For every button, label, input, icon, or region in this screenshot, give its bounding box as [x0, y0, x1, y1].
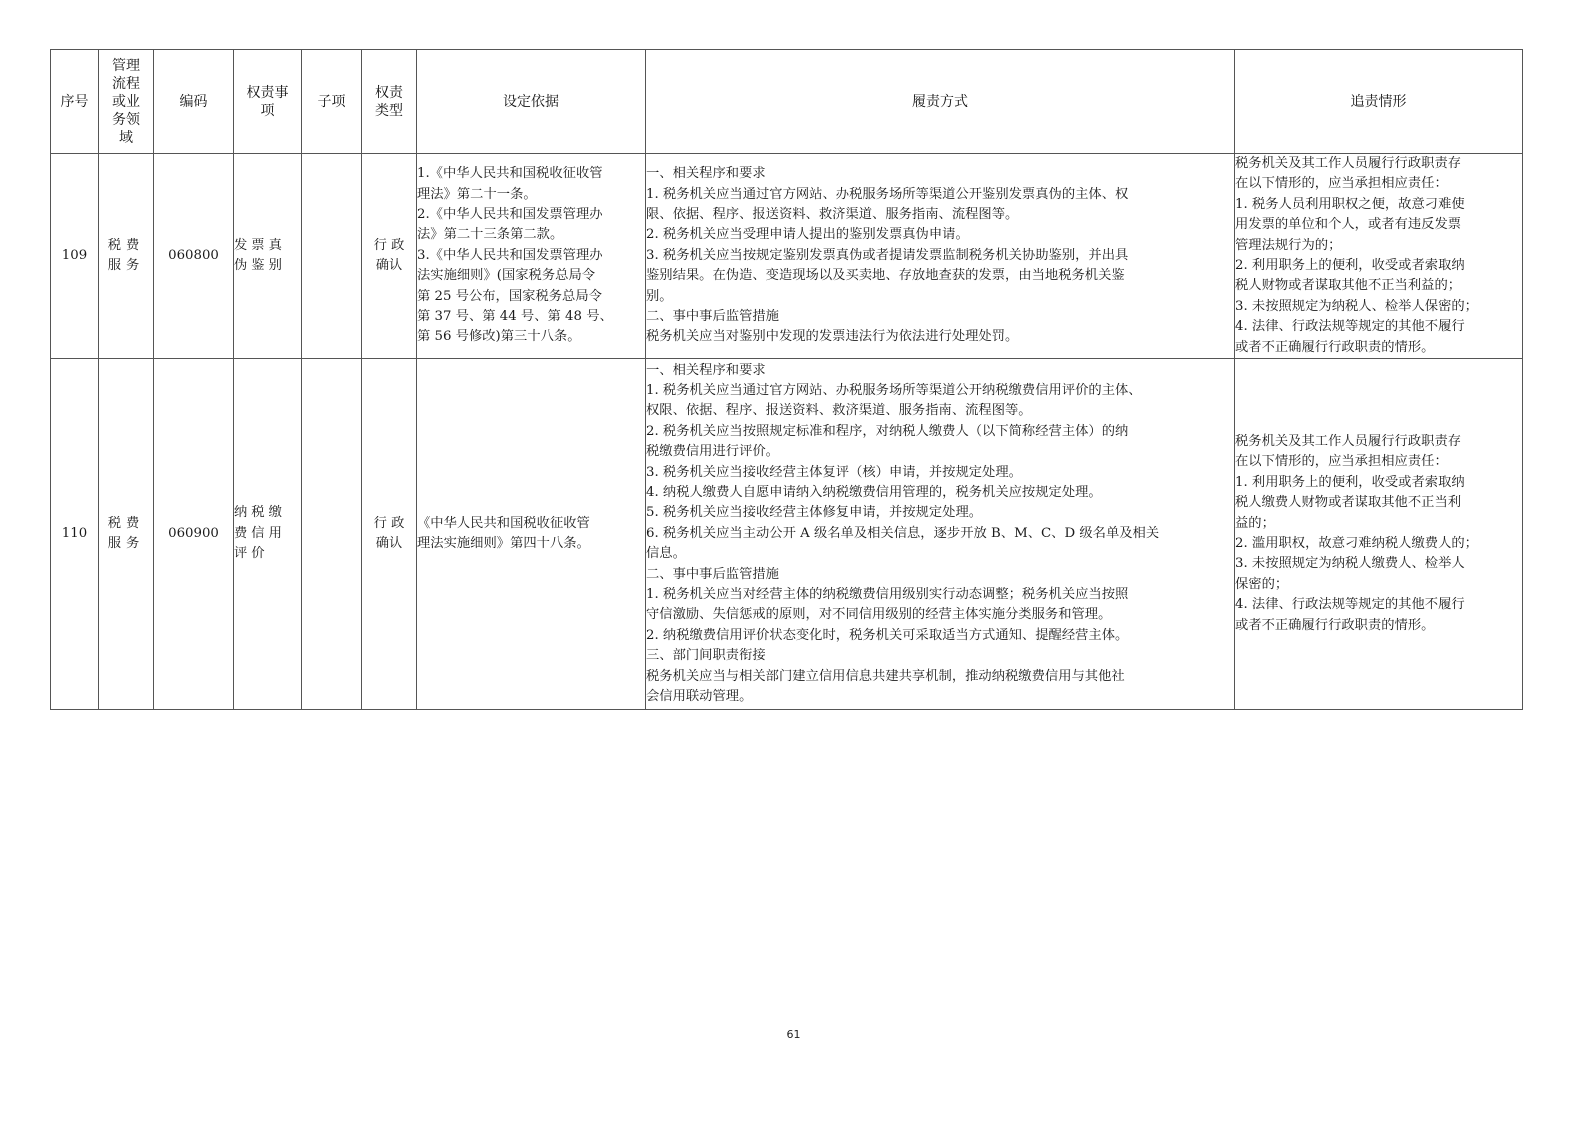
accountability-line: 税务机关及其工作人员履行行政职责存 — [1235, 154, 1522, 174]
duty-line: 会信用联动管理。 — [646, 687, 1234, 707]
cell-domain: 税费 服务 — [99, 359, 154, 710]
accountability-line: 用发票的单位和个人，或者有违反发票 — [1235, 215, 1522, 235]
accountability-line: 益的； — [1235, 514, 1522, 534]
cell-item-line: 伪鉴别 — [234, 256, 301, 276]
header-item-line: 权责事 — [234, 84, 301, 102]
duty-line: 二、事中事后监管措施 — [646, 307, 1234, 327]
duty-line: 2. 税务机关应当受理申请人提出的鉴别发票真伪申请。 — [646, 225, 1234, 245]
accountability-line: 1. 利用职务上的便利，收受或者索取纳 — [1235, 473, 1522, 493]
duty-line: 税务机关应当对鉴别中发现的发票违法行为依法进行处理处罚。 — [646, 327, 1234, 347]
basis-line: 1.《中华人民共和国税收征收管 — [417, 164, 645, 184]
cell-domain-line: 服务 — [99, 534, 153, 554]
basis-line: 第 56 号修改)第三十八条。 — [417, 327, 645, 347]
cell-duty: 一、相关程序和要求 1. 税务机关应当通过官方网站、办税服务场所等渠道公开纳税缴… — [646, 359, 1235, 710]
table-row: 109 税费 服务 060800 发票真 伪鉴别 行 政 确认 1.《中华人民共… — [51, 154, 1523, 359]
cell-item-line: 纳税缴 — [234, 503, 301, 523]
cell-type-line: 行 政 — [362, 514, 416, 534]
header-basis: 设定依据 — [417, 50, 646, 154]
header-sub: 子项 — [302, 50, 362, 154]
cell-type: 行 政 确认 — [362, 359, 417, 710]
accountability-line: 4. 法律、行政法规等规定的其他不履行 — [1235, 317, 1522, 337]
cell-domain: 税费 服务 — [99, 154, 154, 359]
cell-item: 发票真 伪鉴别 — [234, 154, 302, 359]
accountability-line: 3. 未按照规定为纳税人缴费人、检举人 — [1235, 554, 1522, 574]
duty-line: 3. 税务机关应当接收经营主体复评（核）申请，并按规定处理。 — [646, 463, 1234, 483]
accountability-line: 税人缴费人财物或者谋取其他不正当利 — [1235, 493, 1522, 513]
header-domain: 管理 流程 或业 务领 域 — [99, 50, 154, 154]
accountability-line: 3. 未按照规定为纳税人、检举人保密的； — [1235, 297, 1522, 317]
table-header-row: 序号 管理 流程 或业 务领 域 编码 权责事 项 子项 权责 类型 设定依据 … — [51, 50, 1523, 154]
accountability-line: 税人财物或者谋取其他不正当利益的； — [1235, 276, 1522, 296]
cell-seq: 110 — [51, 359, 99, 710]
duty-line: 一、相关程序和要求 — [646, 361, 1234, 381]
cell-accountability: 税务机关及其工作人员履行行政职责存 在以下情形的，应当承担相应责任： 1. 利用… — [1235, 359, 1523, 710]
duty-line: 一、相关程序和要求 — [646, 164, 1234, 184]
accountability-line: 或者不正确履行行政职责的情形。 — [1235, 338, 1522, 358]
duty-line: 税缴费信用进行评价。 — [646, 442, 1234, 462]
header-type-line: 权责 — [362, 84, 416, 102]
cell-seq: 109 — [51, 154, 99, 359]
basis-line: 法》第二十三条第二款。 — [417, 225, 645, 245]
accountability-line: 在以下情形的，应当承担相应责任： — [1235, 174, 1522, 194]
cell-accountability: 税务机关及其工作人员履行行政职责存 在以下情形的，应当承担相应责任： 1. 税务… — [1235, 154, 1523, 359]
duty-line: 别。 — [646, 287, 1234, 307]
duty-line: 2. 税务机关应当按照规定标准和程序，对纳税人缴费人（以下简称经营主体）的纳 — [646, 422, 1234, 442]
cell-duty: 一、相关程序和要求 1. 税务机关应当通过官方网站、办税服务场所等渠道公开鉴别发… — [646, 154, 1235, 359]
cell-sub — [302, 359, 362, 710]
header-domain-line: 域 — [99, 129, 153, 147]
accountability-line: 2. 滥用职权，故意刁难纳税人缴费人的； — [1235, 534, 1522, 554]
header-domain-line: 管理 — [99, 57, 153, 75]
header-item: 权责事 项 — [234, 50, 302, 154]
basis-line: 第 25 号公布，国家税务总局令 — [417, 287, 645, 307]
duty-line: 税务机关应当与相关部门建立信用信息共建共享机制，推动纳税缴费信用与其他社 — [646, 667, 1234, 687]
accountability-line: 税务机关及其工作人员履行行政职责存 — [1235, 432, 1522, 452]
cell-item-line: 费信用 — [234, 524, 301, 544]
basis-line: 法实施细则》(国家税务总局令 — [417, 266, 645, 286]
header-seq: 序号 — [51, 50, 99, 154]
duty-line: 守信激励、失信惩戒的原则，对不同信用级别的经营主体实施分类服务和管理。 — [646, 605, 1234, 625]
header-type: 权责 类型 — [362, 50, 417, 154]
basis-line: 理法》第二十一条。 — [417, 185, 645, 205]
accountability-line: 管理法规行为的； — [1235, 236, 1522, 256]
header-domain-line: 流程 — [99, 75, 153, 93]
cell-basis: 《中华人民共和国税收征收管 理法实施细则》第四十八条。 — [417, 359, 646, 710]
header-item-line: 项 — [234, 102, 301, 120]
header-accountability: 追责情形 — [1235, 50, 1523, 154]
cell-type-line: 确认 — [362, 256, 416, 276]
cell-domain-line: 税费 — [99, 514, 153, 534]
cell-domain-line: 服务 — [99, 256, 153, 276]
basis-line: 第 37 号、第 44 号、第 48 号、 — [417, 307, 645, 327]
cell-item-line: 发票真 — [234, 236, 301, 256]
cell-code: 060900 — [154, 359, 234, 710]
accountability-line: 保密的； — [1235, 575, 1522, 595]
cell-item-line: 评价 — [234, 544, 301, 564]
duty-line: 二、事中事后监管措施 — [646, 565, 1234, 585]
accountability-line: 在以下情形的，应当承担相应责任： — [1235, 452, 1522, 472]
duty-line: 1. 税务机关应当通过官方网站、办税服务场所等渠道公开鉴别发票真伪的主体、权 — [646, 185, 1234, 205]
header-domain-line: 务领 — [99, 111, 153, 129]
responsibility-table: 序号 管理 流程 或业 务领 域 编码 权责事 项 子项 权责 类型 设定依据 … — [50, 49, 1523, 710]
accountability-line: 2. 利用职务上的便利，收受或者索取纳 — [1235, 256, 1522, 276]
table-row: 110 税费 服务 060900 纳税缴 费信用 评价 行 政 确认 《中华人民… — [51, 359, 1523, 710]
duty-line: 1. 税务机关应当通过官方网站、办税服务场所等渠道公开纳税缴费信用评价的主体、 — [646, 381, 1234, 401]
cell-type: 行 政 确认 — [362, 154, 417, 359]
duty-line: 三、部门间职责衔接 — [646, 646, 1234, 666]
cell-type-line: 行 政 — [362, 236, 416, 256]
page-number: 61 — [0, 1028, 1587, 1041]
duty-line: 4. 纳税人缴费人自愿申请纳入纳税缴费信用管理的，税务机关应按规定处理。 — [646, 483, 1234, 503]
duty-line: 5. 税务机关应当接收经营主体修复申请，并按规定处理。 — [646, 503, 1234, 523]
header-code: 编码 — [154, 50, 234, 154]
cell-code: 060800 — [154, 154, 234, 359]
accountability-line: 1. 税务人员利用职权之便，故意刁难使 — [1235, 195, 1522, 215]
duty-line: 1. 税务机关应当对经营主体的纳税缴费信用级别实行动态调整；税务机关应当按照 — [646, 585, 1234, 605]
duty-line: 权限、依据、程序、报送资料、救济渠道、服务指南、流程图等。 — [646, 401, 1234, 421]
cell-sub — [302, 154, 362, 359]
basis-line: 《中华人民共和国税收征收管 — [417, 514, 645, 534]
accountability-line: 或者不正确履行行政职责的情形。 — [1235, 616, 1522, 636]
cell-type-line: 确认 — [362, 534, 416, 554]
basis-line: 理法实施细则》第四十八条。 — [417, 534, 645, 554]
duty-line: 信息。 — [646, 544, 1234, 564]
duty-line: 鉴别结果。在伪造、变造现场以及买卖地、存放地查获的发票，由当地税务机关鉴 — [646, 266, 1234, 286]
duty-line: 6. 税务机关应当主动公开 A 级名单及相关信息，逐步开放 B、M、C、D 级名… — [646, 524, 1234, 544]
cell-item: 纳税缴 费信用 评价 — [234, 359, 302, 710]
header-type-line: 类型 — [362, 102, 416, 120]
basis-line: 2.《中华人民共和国发票管理办 — [417, 205, 645, 225]
header-domain-line: 或业 — [99, 93, 153, 111]
duty-line: 2. 纳税缴费信用评价状态变化时，税务机关可采取适当方式通知、提醒经营主体。 — [646, 626, 1234, 646]
header-duty: 履责方式 — [646, 50, 1235, 154]
duty-line: 限、依据、程序、报送资料、救济渠道、服务指南、流程图等。 — [646, 205, 1234, 225]
duty-line: 3. 税务机关应当按规定鉴别发票真伪或者提请发票监制税务机关协助鉴别，并出具 — [646, 246, 1234, 266]
basis-line: 3.《中华人民共和国发票管理办 — [417, 246, 645, 266]
cell-domain-line: 税费 — [99, 236, 153, 256]
accountability-line: 4. 法律、行政法规等规定的其他不履行 — [1235, 595, 1522, 615]
cell-basis: 1.《中华人民共和国税收征收管 理法》第二十一条。 2.《中华人民共和国发票管理… — [417, 154, 646, 359]
